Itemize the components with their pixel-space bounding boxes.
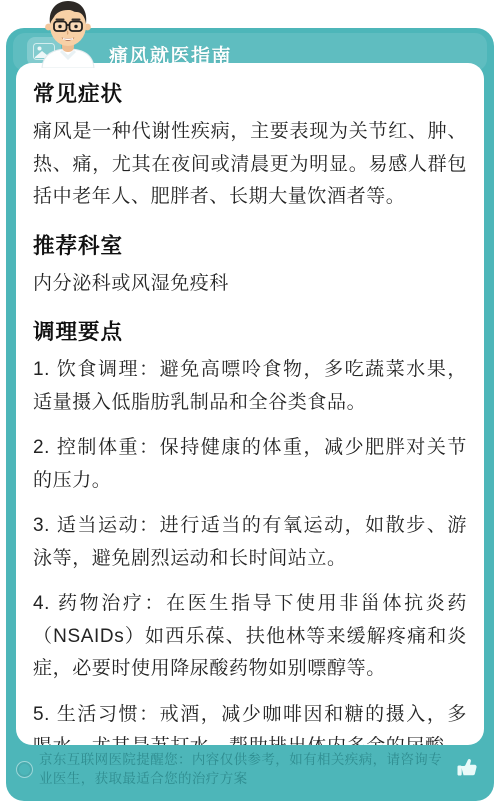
section-heading-symptoms: 常见症状 bbox=[33, 77, 467, 108]
disclaimer-text: 京东互联网医院提醒您：内容仅供参考，如有相关疾病，请咨询专业医生，获取最适合您的… bbox=[39, 750, 448, 788]
symptoms-paragraph: 痛风是一种代谢性疾病，主要表现为关节红、肿、热、痛，尤其在夜间或清晨更为明显。易… bbox=[33, 116, 467, 214]
section-heading-department: 推荐科室 bbox=[33, 229, 467, 260]
care-point-2: 2. 控制体重：保持健康的体重，减少肥胖对关节的压力。 bbox=[33, 432, 467, 497]
doctor-avatar bbox=[30, 0, 106, 68]
info-circle-icon bbox=[16, 761, 33, 778]
care-point-1: 1. 饮食调理：避免高嘌呤食物，多吃蔬菜水果，适量摄入低脂肪乳制品和全谷类食品。 bbox=[33, 354, 467, 419]
thumbs-up-button[interactable] bbox=[454, 754, 484, 784]
care-point-5: 5. 生活习惯：戒酒，减少咖啡因和糖的摄入，多喝水，尤其是苏打水，帮助排出体内多… bbox=[33, 699, 467, 746]
care-point-3: 3. 适当运动：进行适当的有氧运动，如散步、游泳等，避免剧烈运动和长时间站立。 bbox=[33, 510, 467, 575]
thumbs-up-icon bbox=[454, 754, 481, 781]
department-paragraph: 内分泌科或风湿免疫科 bbox=[33, 268, 467, 301]
page: { "header": { "title": "痛风就医指南" }, "sect… bbox=[0, 0, 500, 811]
care-point-4: 4. 药物治疗：在医生指导下使用非甾体抗炎药（NSAIDs）如西乐葆、扶他林等来… bbox=[33, 588, 467, 686]
guide-card: 痛风就医指南 常见症状 痛风是一种代谢性疾病，主要表现为关节红、肿、热、痛，尤其… bbox=[6, 28, 494, 801]
content-card: 常见症状 痛风是一种代谢性疾病，主要表现为关节红、肿、热、痛，尤其在夜间或清晨更… bbox=[16, 63, 484, 745]
section-heading-care-points: 调理要点 bbox=[33, 315, 467, 346]
footer: 京东互联网医院提醒您：内容仅供参考，如有相关疾病，请咨询专业医生，获取最适合您的… bbox=[14, 745, 486, 793]
